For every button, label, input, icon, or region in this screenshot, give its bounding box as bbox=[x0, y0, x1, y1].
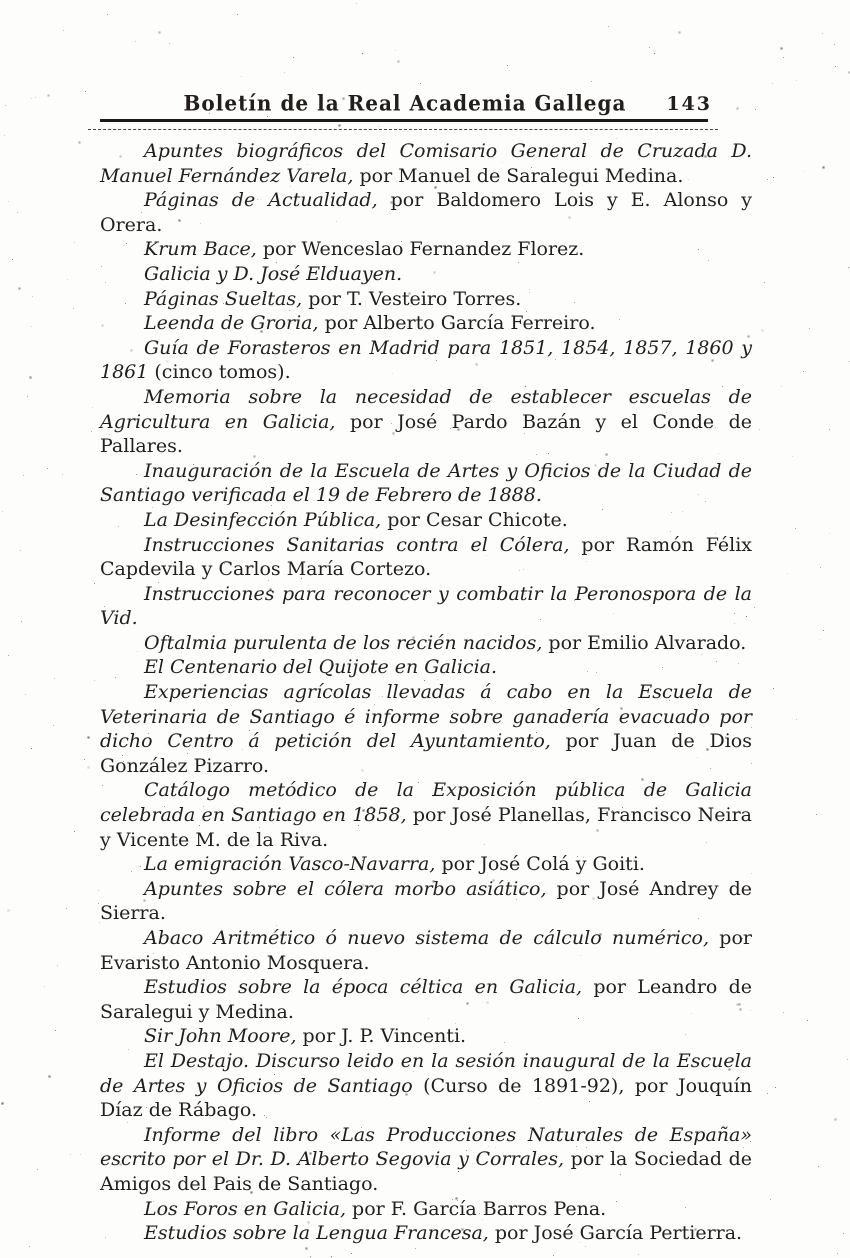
entry-title: Sir John Moore, bbox=[144, 1025, 296, 1047]
header-dashed-rule bbox=[88, 129, 718, 130]
bibliography-list: Apuntes biográficos del Comisario Genera… bbox=[100, 139, 752, 1246]
entry-title: Inauguración de la Escuela de Artes y Of… bbox=[100, 460, 752, 507]
bibliography-entry: Inauguración de la Escuela de Artes y Of… bbox=[100, 459, 752, 508]
bibliography-entry: Los Foros en Galicia, por F. García Barr… bbox=[100, 1197, 752, 1222]
bibliography-entry: Apuntes biográficos del Comisario Genera… bbox=[100, 139, 752, 188]
bibliography-entry: Instrucciones Sanitarias contra el Cóler… bbox=[100, 533, 752, 582]
bibliography-entry: Sir John Moore, por J. P. Vincenti. bbox=[100, 1024, 752, 1049]
bibliography-entry: Páginas Sueltas, por T. Vesteiro Torres. bbox=[100, 287, 752, 312]
bibliography-entry: Instrucciones para reconocer y combatir … bbox=[100, 582, 752, 631]
bibliography-entry: Apuntes sobre el cólera morbo asiático, … bbox=[100, 877, 752, 926]
entry-title: Abaco Aritmético ó nuevo sistema de cálc… bbox=[144, 927, 709, 949]
bibliography-entry: El Destajo. Discurso leido en la sesión … bbox=[100, 1049, 752, 1123]
entry-title: Krum Bace, bbox=[144, 238, 257, 260]
entry-title: Oftalmia purulenta de los recién nacidos… bbox=[144, 632, 542, 654]
entry-attribution: por Wenceslao Fernandez Florez. bbox=[257, 238, 585, 260]
page-header: Boletín de la Real Academia Gallega 143 bbox=[100, 91, 710, 115]
bibliography-entry: Guía de Forasteros en Madrid para 1851, … bbox=[100, 336, 752, 385]
bibliography-entry: La Desinfección Pública, por Cesar Chico… bbox=[100, 508, 752, 533]
entry-title: Apuntes sobre el cólera morbo asiático, bbox=[144, 878, 546, 900]
bibliography-entry: Galicia y D. José Elduayen. bbox=[100, 262, 752, 287]
entry-title: Estudios sobre la época céltica en Galic… bbox=[144, 976, 582, 998]
entry-attribution: por Cesar Chicote. bbox=[381, 509, 568, 531]
bibliography-entry: El Centenario del Quijote en Galicia. bbox=[100, 655, 752, 680]
entry-attribution: por F. García Barros Pena. bbox=[346, 1198, 606, 1220]
entry-attribution: por José García Pertierra. bbox=[489, 1222, 742, 1244]
bibliography-entry: Catálogo metódico de la Exposición públi… bbox=[100, 778, 752, 852]
journal-title: Boletín de la Real Academia Gallega bbox=[184, 90, 627, 116]
entry-title: La emigración Vasco-Navarra, bbox=[144, 853, 435, 875]
entry-attribution: por Alberto García Ferreiro. bbox=[319, 312, 596, 334]
bibliography-entry: Leenda de Groria, por Alberto García Fer… bbox=[100, 311, 752, 336]
bibliography-entry: Estudios sobre la Lengua Francesa, por J… bbox=[100, 1221, 752, 1246]
entry-title: Estudios sobre la Lengua Francesa, bbox=[144, 1222, 489, 1244]
bibliography-entry: Memoria sobre la necesidad de establecer… bbox=[100, 385, 752, 459]
entry-title: Páginas Sueltas, bbox=[144, 288, 302, 310]
bibliography-entry: Krum Bace, por Wenceslao Fernandez Flore… bbox=[100, 237, 752, 262]
entry-title: El Centenario del Quijote en Galicia. bbox=[144, 656, 497, 678]
scan-noise bbox=[0, 0, 1, 1]
bibliography-entry: Abaco Aritmético ó nuevo sistema de cálc… bbox=[100, 926, 752, 975]
bibliography-entry: Informe del libro «Las Producciones Natu… bbox=[100, 1123, 752, 1197]
entry-attribution: por José Colá y Goiti. bbox=[435, 853, 645, 875]
bibliography-entry: Experiencias agrícolas llevadas á cabo e… bbox=[100, 680, 752, 778]
entry-title: Galicia y D. José Elduayen. bbox=[144, 263, 402, 285]
entry-title: La Desinfección Pública, bbox=[144, 509, 381, 531]
header-rule bbox=[100, 119, 708, 122]
entry-attribution: por T. Vesteiro Torres. bbox=[302, 288, 521, 310]
entry-attribution: (cinco tomos). bbox=[148, 361, 290, 383]
bibliography-entry: Estudios sobre la época céltica en Galic… bbox=[100, 975, 752, 1024]
entry-title: Instrucciones para reconocer y combatir … bbox=[100, 583, 752, 630]
scanned-page: Boletín de la Real Academia Gallega 143 … bbox=[0, 0, 850, 1258]
bibliography-entry: Páginas de Actualidad, por Baldomero Loi… bbox=[100, 188, 752, 237]
entry-attribution: por J. P. Vincenti. bbox=[296, 1025, 466, 1047]
entry-attribution: por Manuel de Saralegui Medina. bbox=[353, 165, 683, 187]
entry-title: Los Foros en Galicia, bbox=[144, 1198, 346, 1220]
page-number: 143 bbox=[666, 93, 712, 115]
entry-title: Páginas de Actualidad, bbox=[144, 189, 378, 211]
entry-attribution: por Emilio Alvarado. bbox=[542, 632, 746, 654]
bibliography-entry: Oftalmia purulenta de los recién nacidos… bbox=[100, 631, 752, 656]
entry-title: Leenda de Groria, bbox=[144, 312, 319, 334]
bibliography-entry: La emigración Vasco-Navarra, por José Co… bbox=[100, 852, 752, 877]
entry-title: Instrucciones Sanitarias contra el Cóler… bbox=[144, 534, 570, 556]
